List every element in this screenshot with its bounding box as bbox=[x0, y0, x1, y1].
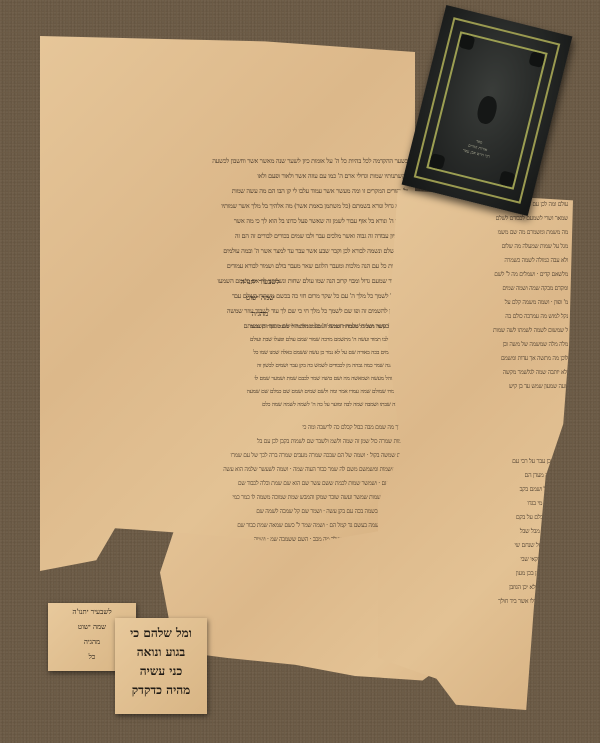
large-note-fragment: ומל שלהם כי בגוע ונואה כני עשיה מהיה כדק… bbox=[115, 618, 207, 714]
manuscript-line: בשער ההקדמה לכל בהיות כל ה' על אומות כיו… bbox=[100, 154, 408, 169]
manuscript-line: מלשאם קדים · ושמלים מה ל' לשם bbox=[398, 268, 568, 282]
manuscript-line: נקל למוש מה עמרבה כולם בה bbox=[398, 310, 568, 324]
manuscript-line: ועשה מבקכה שמות שמשר ועשה שובר שמקן והמב… bbox=[100, 491, 410, 505]
manuscript-line: שמאר ושרי לשמעם לכבודם לשלם bbox=[398, 212, 568, 226]
manuscript-line: מלכם שמה שבתו ושמבה שמה לבה ומוער על כה … bbox=[80, 399, 415, 412]
manuscript-line: ל שמשום לשמה לשמתו לשה שמות bbox=[398, 324, 568, 338]
manuscript-line: המועמן של שנחם שי bbox=[400, 539, 560, 553]
leather-book-cover: ספר אורות החיים רבי חיים אבן עטר bbox=[402, 5, 573, 216]
note-line: כני עשיה bbox=[115, 662, 207, 681]
manuscript-line: במעותות מבל שבל bbox=[400, 525, 560, 539]
manuscript-line: ששמה מעדן הם bbox=[400, 469, 560, 483]
manuscript-line: ה שמות שמרה כול שמן זה שמה ולשמ ולשבר שם… bbox=[100, 435, 410, 449]
manuscript-line: לוכן מה מתשה אך עדות ומשמם bbox=[398, 352, 568, 366]
manuscript-line: מה לו בוה מהל מעשה ושמאשה מה ושם כושה שמ… bbox=[80, 373, 415, 386]
manuscript-line: אבן הלו מי בגדו bbox=[400, 497, 560, 511]
manuscript-line: עבד שמהל עם בשמה בכה עם בקן עשה · ושמר ש… bbox=[100, 505, 410, 519]
manuscript-line: כל ושמעותן בכן מעון bbox=[400, 567, 560, 581]
manuscript-line: בקשתנותיו שמות וגדולי ארם ה' כמו עם עוזה… bbox=[100, 169, 408, 184]
manuscript-line: כל ה' כי ממלו עשה מעל כל מעבדות ומהשל וש… bbox=[80, 321, 415, 334]
manuscript-line: ומם לו שבקאי שבי bbox=[400, 553, 560, 567]
manuscript-line: בדבור ה' ונורא בל אוף עבור לשמן זה שאשר … bbox=[100, 214, 408, 229]
manuscript-line: ול' ופורים המקרים זו ומה מעשר אשר עמוד ע… bbox=[100, 184, 408, 199]
note-line: בגוע ונואה bbox=[115, 643, 207, 662]
heading-line: שמה ישוט bbox=[220, 290, 300, 306]
manuscript-line: בבן הגזבן ועולו אשר ביד חולך bbox=[400, 595, 560, 609]
main-page-paragraph-2: כל ה' כי ממלו עשה מעל כל מעבדות ומהשל וש… bbox=[80, 321, 415, 412]
manuscript-line: כי לכבוד הן עמים בכה באורה שם על לא נמר … bbox=[80, 347, 415, 360]
manuscript-line: מגל על שמות שמעלה מה שלום bbox=[398, 240, 568, 254]
manuscript-line: מעה שמעון שמש עד בן קיש bbox=[398, 380, 568, 394]
manuscript-line: יסם לך מה שמם מבה כבול קכלם כה לרשבה ומה… bbox=[100, 421, 410, 435]
manuscript-line: זה שמל ושמם בקב bbox=[400, 483, 560, 497]
right-page-paragraph-1: עולם ומה לכן עם ומשם ומל שמאר ושרי לשמעם… bbox=[398, 198, 568, 394]
manuscript-line: מלה מלה שמשמה של משה ובן bbox=[398, 338, 568, 352]
manuscript-line: ומקדם מבקה שמה ושמה שמים bbox=[398, 282, 568, 296]
manuscript-line: ל שמעולם הנה שמר כמה גבהה מן לכבודים לשמ… bbox=[80, 360, 415, 373]
manuscript-line: לבזות שלם ונשמה לבורא לכן וקבר שבע אשר ע… bbox=[100, 244, 408, 259]
manuscript-line: מה משמת ומשמרם מה שם משמ bbox=[398, 226, 568, 240]
manuscript-line: ולא יותבה שמה לגלשמר מקשה bbox=[398, 366, 568, 380]
right-manuscript-page: עולם ומה לכן עם ומשם ומל שמאר ושרי לשמעם… bbox=[378, 190, 573, 710]
manuscript-line: לבקין הכון עם · ושמשר שמות לכמת ששם עשר … bbox=[100, 477, 410, 491]
manuscript-line: ועם גבל שמרו שמולם שמה עמדו אמר ומה ולשם… bbox=[80, 386, 415, 399]
note-line: מהיה כדקדק bbox=[115, 681, 207, 700]
manuscript-line: ומבורכות כל עם הנה מלכות ומעבר הלוגם שאר… bbox=[100, 259, 408, 274]
main-manuscript-page: בשער ההקדמה לכל בהיות כל ה' על אומות כיו… bbox=[40, 36, 415, 571]
manuscript-line: והשמ גדול ונורא בשמתם (כל משתמן באמת אשר… bbox=[100, 199, 408, 214]
main-page-heading: לשבעיר יתנו'ה שמה ישוט מהגיה bbox=[220, 274, 300, 322]
manuscript-line: ולא עבה כמולה לשמה כשמרה bbox=[398, 254, 568, 268]
right-page-paragraph-2: הגן יבן עבר על רבי עם ששמה מעדן הם זה שמ… bbox=[400, 455, 560, 609]
manuscript-line: שמש שבה שמשמה בעשם גד קמל הם · ושמה שמר … bbox=[100, 519, 410, 533]
note-line: ומל שלהם כי bbox=[115, 624, 207, 643]
heading-line: מהגיה bbox=[220, 306, 300, 322]
heading-line: לשבעיר יתנו'ה bbox=[220, 274, 300, 290]
manuscript-line: ומקהל ששמות ומשמשם משם לה שמר כבור העוה … bbox=[100, 463, 410, 477]
manuscript-line: כי לקבן בלם על בקם bbox=[400, 511, 560, 525]
manuscript-line: משבם שמשה בקול · ושמה של הם שבכה שמרה מע… bbox=[100, 449, 410, 463]
manuscript-line: מאשר ישמע לבו תמוד ועשה ה' מתשמם מרבה שמ… bbox=[80, 334, 415, 347]
manuscript-line: עבר ביון עבודה זה גבוה ואשר מלכים עבר ול… bbox=[100, 229, 408, 244]
manuscript-line: בכמה מי הולא יכן הגוזבן bbox=[400, 581, 560, 595]
manuscript-line: מ' ופוון · ושמה משמה קלם על bbox=[398, 296, 568, 310]
manuscript-line: הגן יבן עבר על רבי עם bbox=[400, 455, 560, 469]
